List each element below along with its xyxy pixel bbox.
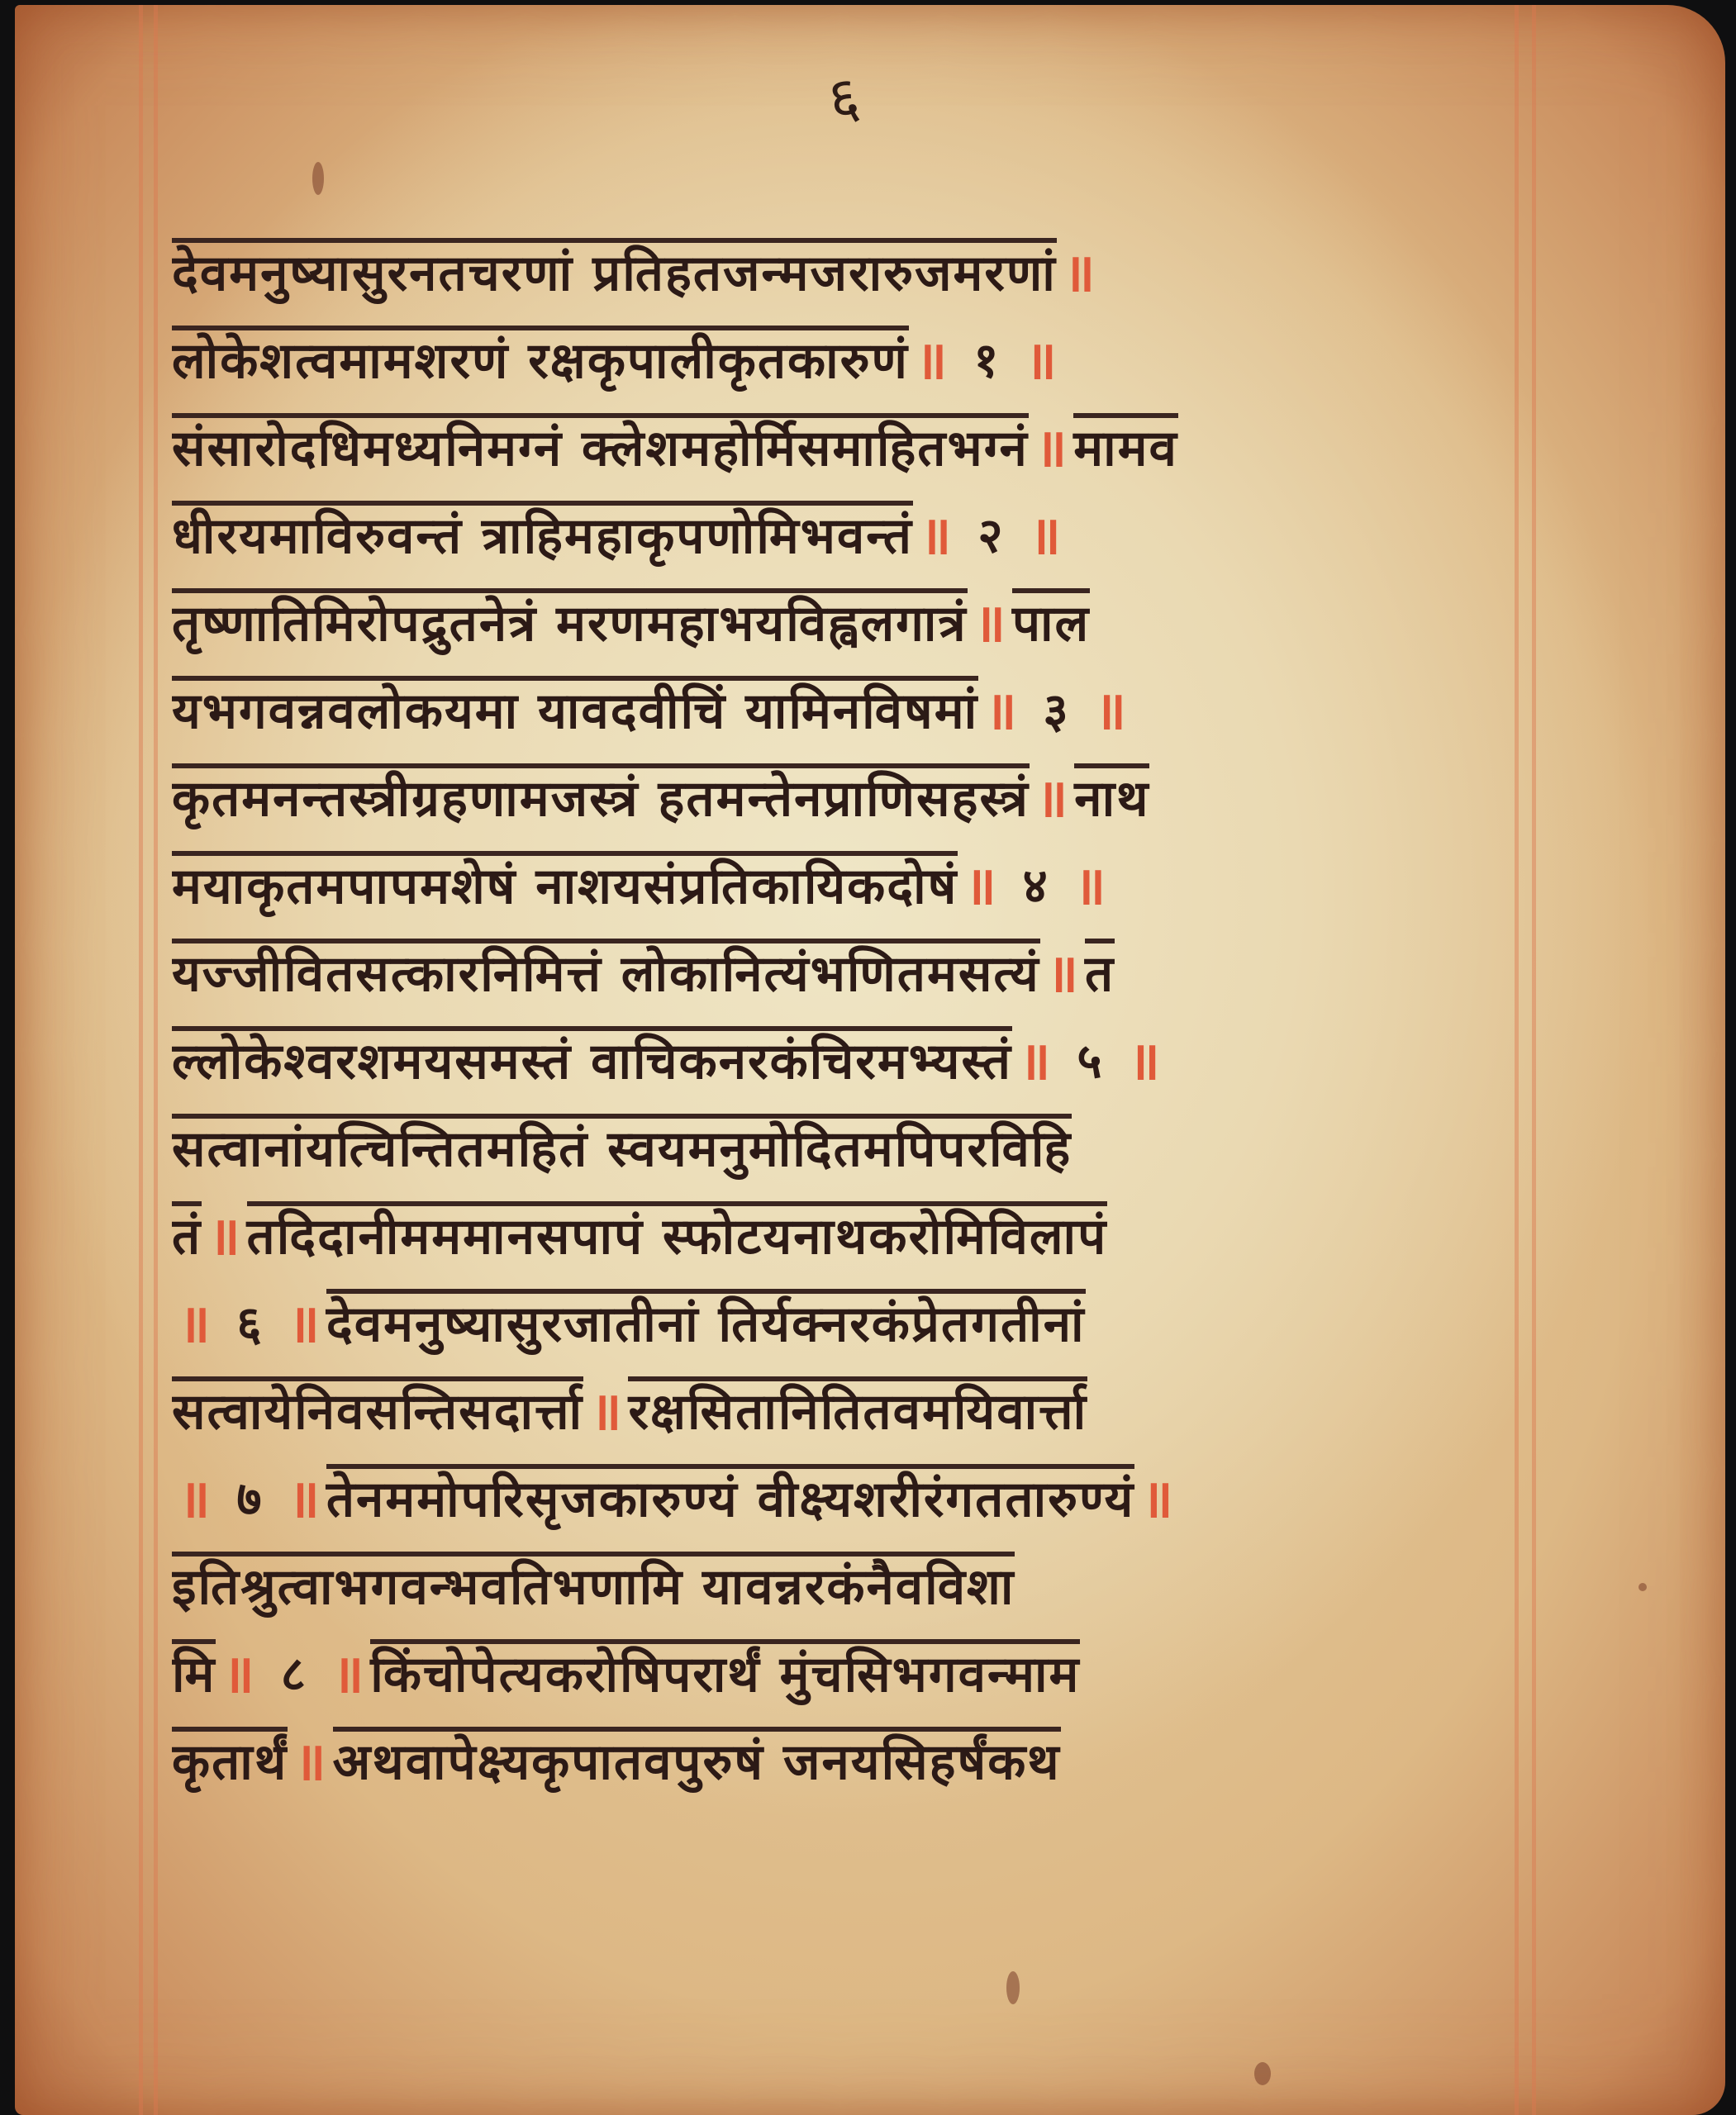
stain-spot [1006,1971,1020,2004]
line-text: तेनममोपरिसृजकारुण्यं वीक्ष्यशरीरंगततारुण… [326,1464,1134,1528]
line-text: इतिश्रुत्वाभगवन्भवतिभणामि यावन्नरकंनैववि… [172,1552,1015,1616]
verse-number: १ [973,326,998,391]
text-line: सत्वायेनिवसन्तिसदार्त्ता ॥ रक्षसितानितित… [172,1365,1519,1452]
danda-marker: ॥ [985,673,1016,744]
line-text: तृष्णातिमिरोपद्रुतनेत्रं मरणमहाभयविह्वलग… [172,588,968,653]
line-pre-text: तं [172,1201,202,1266]
danda-marker: ॥ [916,322,947,394]
text-line: कृतार्थं ॥ अथवापेक्ष्यकृपातवपुरुषं जनयसि… [172,1715,1519,1803]
danda-marker: ॥ [974,585,1006,657]
manuscript-folio: ६ देवमनुष्यासुरनतचरणां प्रतिहतजन्मजरारुज… [15,5,1725,2115]
verse-number: ३ [1043,676,1068,741]
text-line: मि ॥ ८ ॥ किंचोपेत्यकरोषिपरार्थं मुंचसिभग… [172,1628,1519,1715]
danda-marker: ॥ [1074,848,1106,920]
line-tail-text: त [1085,939,1115,1003]
line-tail-text: पाल [1012,588,1090,653]
danda-marker: ॥ [178,1286,210,1357]
text-line: संसारोदधिमध्यनिमग्नं क्लेशमहोर्मिसमाहितभ… [172,402,1519,489]
danda-marker: ॥ [288,1461,320,1533]
danda-marker: ॥ [1141,1461,1172,1533]
text-line: मयाकृतमपापमशेषं नाशयसंप्रतिकायिकदोषं ॥ ४… [172,839,1519,927]
line-tail-text: नाथ [1074,763,1149,828]
line-text: सत्वायेनिवसन्तिसदार्त्ता [172,1376,583,1441]
text-line: ल्लोकेश्वरशमयसमस्तं वाचिकनरकंचिरमभ्यस्तं… [172,1015,1519,1102]
line-pre-text: कृतार्थं [172,1727,288,1791]
text-line: कृतमनन्तस्त्रीग्रहणामजस्त्रं हतमन्तेनप्र… [172,752,1519,839]
danda-marker: ॥ [294,1723,326,1795]
line-text: सत्वानांयत्चिन्तितमहितं स्वयमनुमोदितमपिप… [172,1114,1072,1178]
line-post-text: रक्षसितानितितवमयिवार्त्ता [628,1376,1087,1441]
text-line: धीरयमाविरुवन्तं त्राहिमहाकृपणोमिभवन्तं ॥… [172,489,1519,577]
danda-marker: ॥ [1095,673,1126,744]
line-text: धीरयमाविरुवन्तं त्राहिमहाकृपणोमिभवन्तं [172,501,913,565]
text-line: ॥ ७ ॥ तेनममोपरिसृजकारुण्यं वीक्ष्यशरीरंग… [172,1452,1519,1540]
danda-marker: ॥ [222,1636,254,1708]
text-line: सत्वानांयत्चिन्तितमहितं स्वयमनुमोदितमपिप… [172,1102,1519,1190]
text-line: लोकेशत्वमामशरणं रक्षकृपालीकृतकारुणं ॥ १ … [172,314,1519,402]
line-text: अथवापेक्ष्यकृपातवपुरुषं जनयसिहर्षंकथ [333,1727,1061,1791]
text-line: यभगवन्नवलोकयमा यावदवीचिं यामिनविषमां ॥ ३… [172,664,1519,752]
text-line: ॥ ६ ॥ देवमनुष्यासुरजातीनां तिर्यक्नरकंप्… [172,1277,1519,1365]
text-line: देवमनुष्यासुरनतचरणां प्रतिहतजन्मजरारुजमर… [172,226,1519,314]
line-text: ल्लोकेश्वरशमयसमस्तं वाचिकनरकंचिरमभ्यस्तं [172,1026,1012,1091]
danda-marker: ॥ [920,497,951,569]
verse-number: ६ [236,1289,261,1354]
text-line: तृष्णातिमिरोपद्रुतनेत्रं मरणमहाभयविह्वलग… [172,577,1519,664]
danda-marker: ॥ [288,1286,320,1357]
line-text: यभगवन्नवलोकयमा यावदवीचिं यामिनविषमां [172,676,978,740]
verse-number: २ [977,501,1002,566]
stain-spot [1638,1583,1647,1591]
right-ruling-line [1532,5,1536,2115]
stain-spot [312,162,324,195]
text-line: तं ॥ तदिदानीमममानसपापं स्फोटयनाथकरोमिविल… [172,1190,1519,1277]
line-text: देवमनुष्यासुरनतचरणां प्रतिहतजन्मजरारुजमर… [172,238,1057,302]
verse-number: ५ [1077,1026,1101,1091]
danda-marker: ॥ [1029,497,1060,569]
danda-marker: ॥ [332,1636,364,1708]
line-text: संसारोदधिमध्यनिमग्नं क्लेशमहोर्मिसमाहितभ… [172,413,1029,478]
danda-marker: ॥ [590,1373,621,1445]
line-pre-text: मि [172,1639,216,1704]
danda-marker: ॥ [208,1198,240,1270]
left-ruling-line [139,5,143,2115]
danda-marker: ॥ [178,1461,210,1533]
danda-marker: ॥ [1129,1023,1160,1095]
line-text: मयाकृतमपापमशेषं नाशयसंप्रतिकायिकदोषं [172,851,958,915]
line-text: लोकेशत्वमामशरणं रक्षकृपालीकृतकारुणं [172,326,909,390]
verse-number: ८ [281,1639,306,1704]
manuscript-text: देवमनुष्यासुरनतचरणां प्रतिहतजन्मजरारुजमर… [172,226,1519,1803]
text-line: यज्जीवितसत्कारनिमित्तं लोकानित्यंभणितमसत… [172,927,1519,1015]
danda-marker: ॥ [964,848,996,920]
danda-marker: ॥ [1047,935,1078,1007]
danda-marker: ॥ [1035,410,1067,482]
line-tail-text: मामव [1073,413,1178,478]
line-text: देवमनुष्यासुरजातीनां तिर्यक्नरकंप्रेतगती… [326,1289,1086,1353]
line-text: किंचोपेत्यकरोषिपरार्थं मुंचसिभगवन्माम [370,1639,1080,1704]
danda-marker: ॥ [1063,235,1095,307]
verse-number: ७ [236,1464,261,1529]
stain-spot [1254,2062,1271,2085]
text-line: इतिश्रुत्वाभगवन्भवतिभणामि यावन्नरकंनैववि… [172,1540,1519,1628]
line-text: तदिदानीमममानसपापं स्फोटयनाथकरोमिविलापं [247,1201,1108,1266]
line-text: कृतमनन्तस्त्रीग्रहणामजस्त्रं हतमन्तेनप्र… [172,763,1030,828]
danda-marker: ॥ [1019,1023,1050,1095]
verse-number: ४ [1023,851,1048,916]
danda-marker: ॥ [1025,322,1056,394]
line-text: यज्जीवितसत्कारनिमित्तं लोकानित्यंभणितमसत… [172,939,1040,1003]
left-ruling-line [154,5,158,2115]
danda-marker: ॥ [1036,760,1068,832]
folio-number: ६ [823,55,863,137]
